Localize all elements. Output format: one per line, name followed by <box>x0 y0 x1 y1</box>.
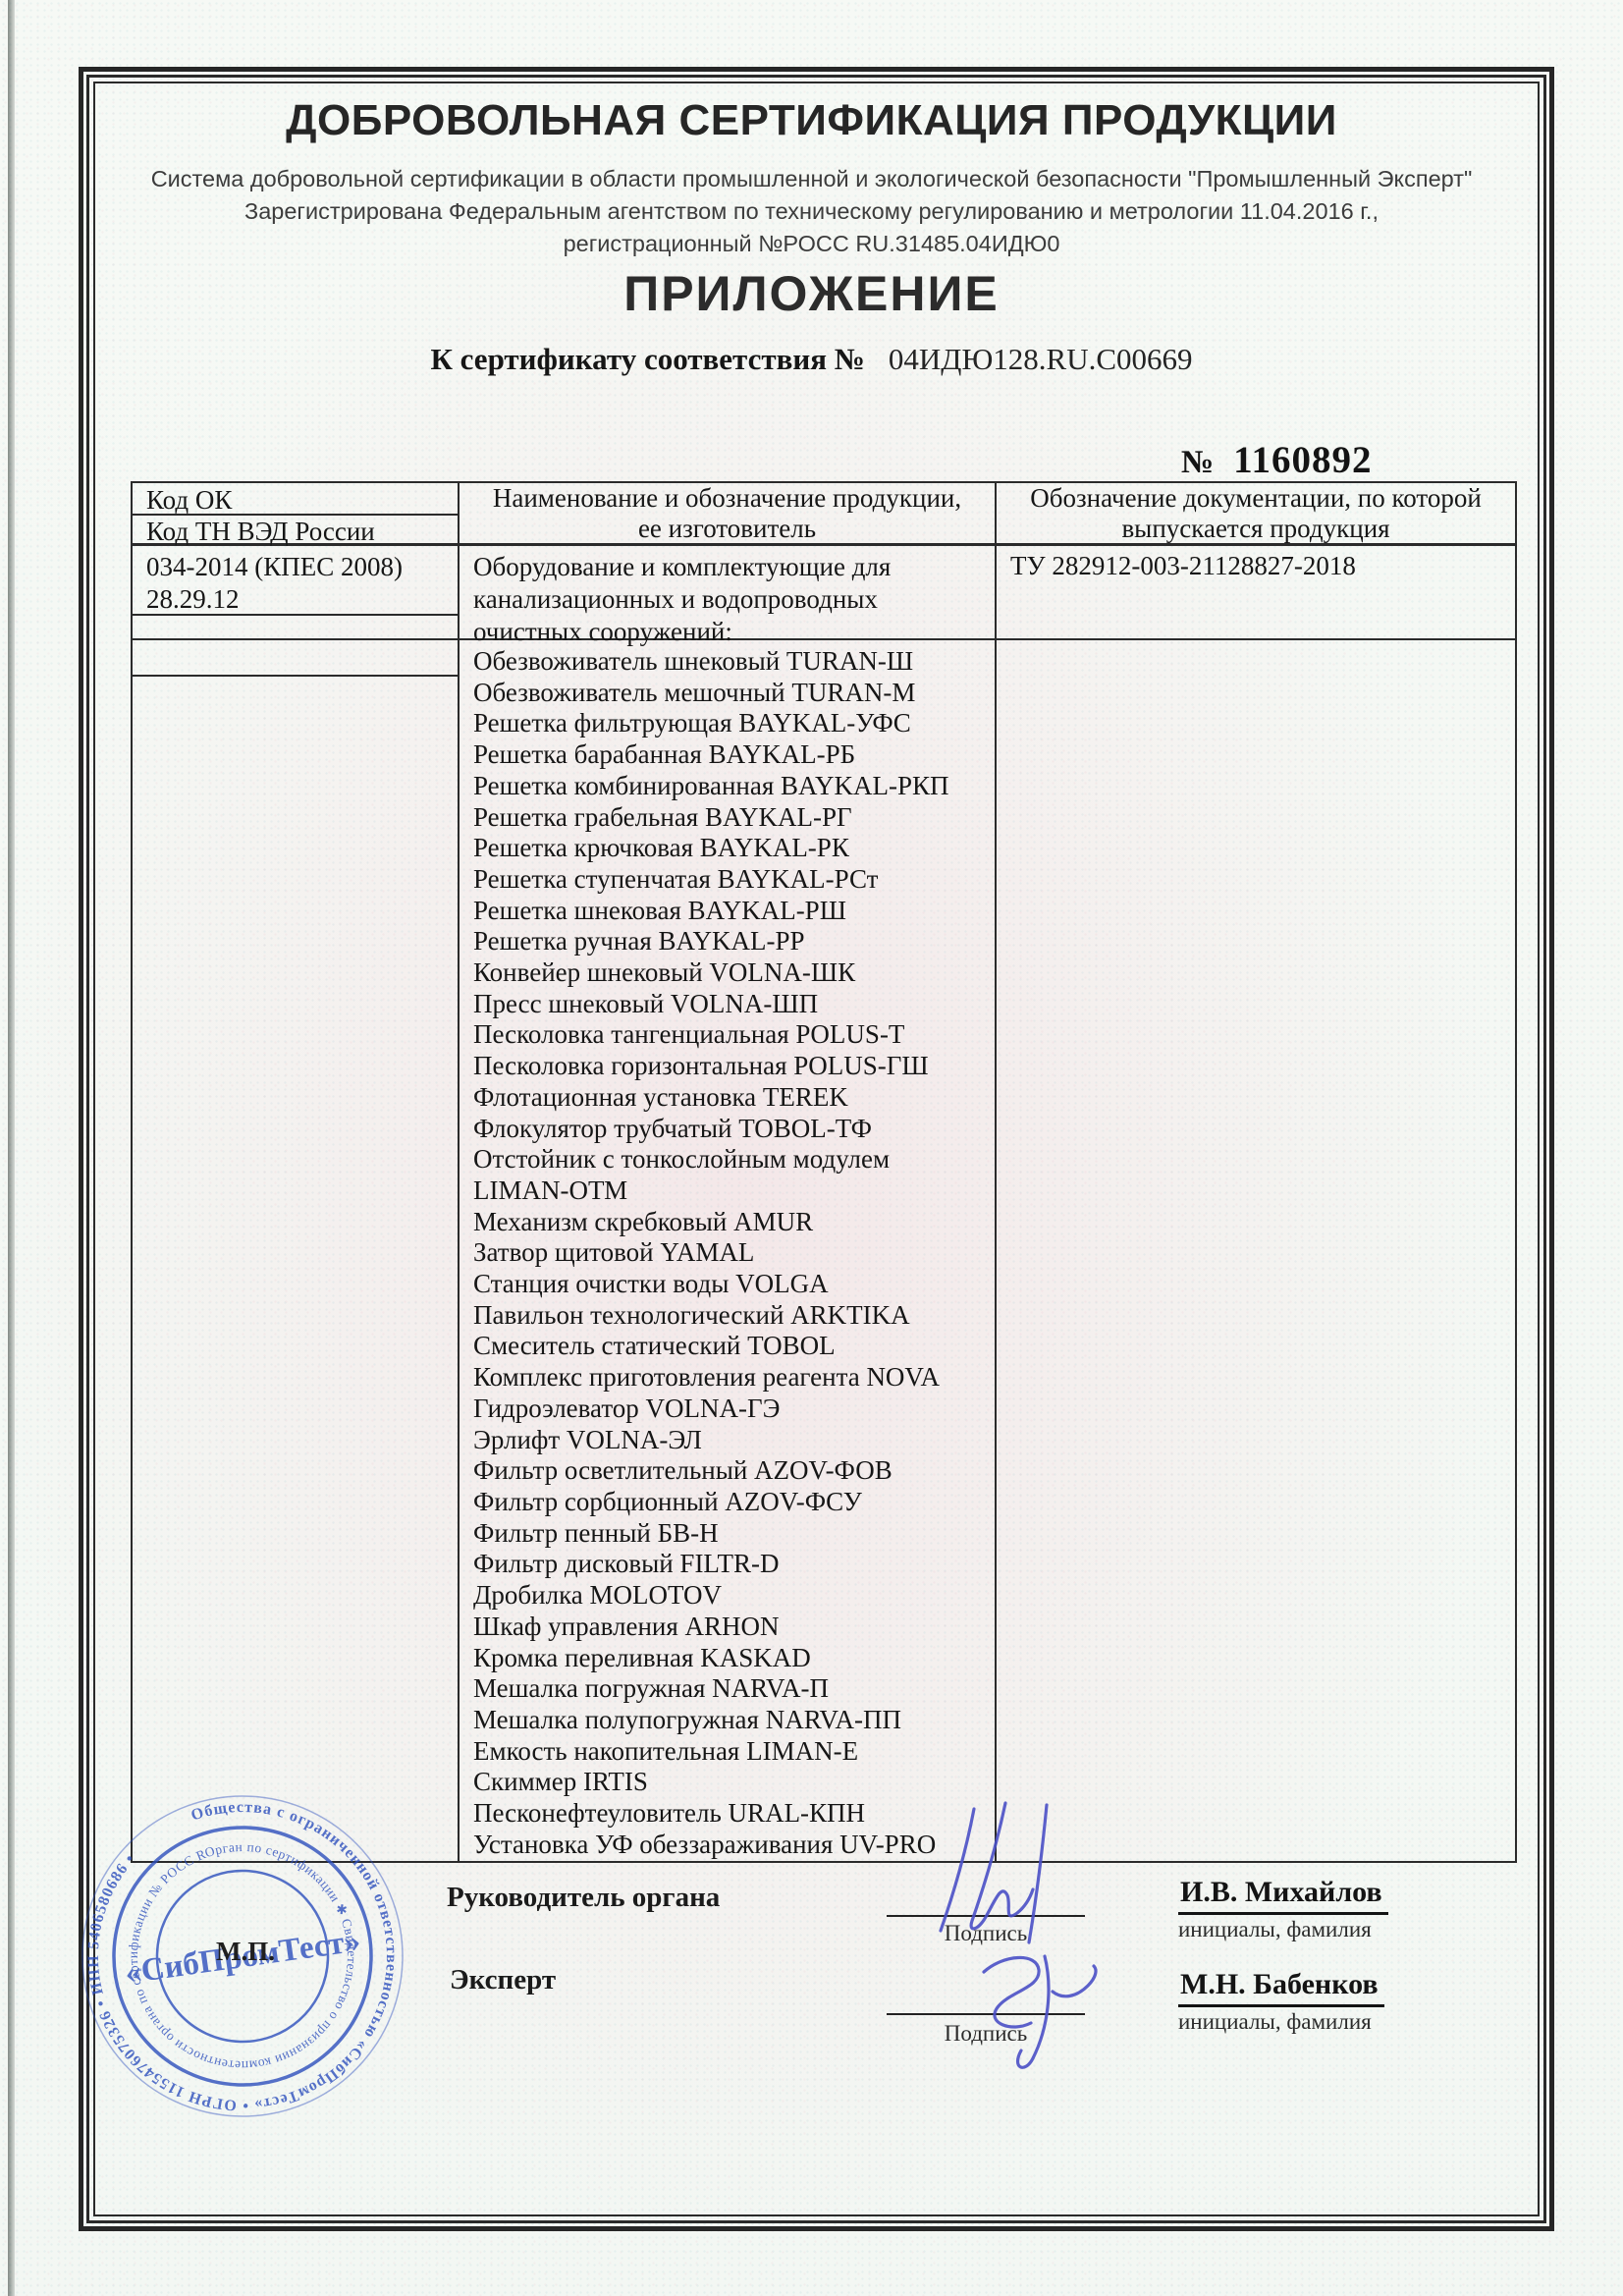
mp-seal-mark: М.П. <box>216 1937 275 1967</box>
header-code-tnved: Код ТН ВЭД России <box>133 516 458 547</box>
blank-number-value: 1160892 <box>1233 439 1372 481</box>
product-line: Смеситель статический TOBOL <box>473 1331 995 1362</box>
handwritten-signatures <box>884 1787 1159 2082</box>
table-header-codes: Код ОК Код ТН ВЭД России <box>133 483 460 546</box>
cell-tu-document: ТУ 282912-003-21128827-2018 <box>997 546 1515 640</box>
product-line: Флотационная установка TEREK <box>473 1082 995 1114</box>
cell-doc-empty <box>997 640 1515 1861</box>
signature-ink-1 <box>941 1803 1047 1942</box>
head-name: И.В. Михайлов <box>1178 1876 1388 1915</box>
header-code-ok: Код ОК <box>133 483 458 516</box>
description-line-2: канализационных и водопроводных <box>473 583 995 616</box>
header-product-line-2: ее изготовитель <box>460 514 995 544</box>
product-line: Решетка фильтрующая BAYKAL-УФС <box>473 708 995 739</box>
products-table: Код ОК Код ТН ВЭД России Наименование и … <box>131 481 1517 1863</box>
cell-codes: 034-2014 (КПЕС 2008) 28.29.12 <box>133 546 460 640</box>
cell-product-list: Обезвоживатель шнековый TURAN-ШОбезвожив… <box>460 640 997 1861</box>
product-line: LIMAN-ОТМ <box>473 1175 995 1207</box>
product-line: Решетка шнековая BAYKAL-РШ <box>473 896 995 927</box>
table-header-documentation: Обозначение документации, по которой вып… <box>997 483 1515 546</box>
role-expert: Эксперт <box>450 1964 556 1996</box>
code-tnved: 28.29.12 <box>146 583 458 616</box>
product-line: Мешалка полупогружная NARVA-ПП <box>473 1705 995 1736</box>
product-line: Обезвоживатель шнековый TURAN-Ш <box>473 646 995 678</box>
product-line: Кромка переливная KASKAD <box>473 1643 995 1674</box>
product-line: Павильон технологический ARKTIKA <box>473 1300 995 1332</box>
table-header-product: Наименование и обозначение продукции, ее… <box>460 483 997 546</box>
subtitle-line-3: регистрационный №РОСС RU.31485.04ИДЮ0 <box>0 228 1623 260</box>
product-line: Отстойник с тонкослойным модулем <box>473 1144 995 1175</box>
product-line: Комплекс приготовления реагента NOVA <box>473 1362 995 1394</box>
product-line: Шкаф управления ARHON <box>473 1612 995 1643</box>
product-line: Фильтр сорбционный AZOV-ФСУ <box>473 1487 995 1518</box>
role-head-of-body: Руководитель органа <box>447 1882 720 1914</box>
product-line: Песколовка тангенциальная POLUS-Т <box>473 1019 995 1051</box>
product-line: Обезвоживатель мешочный TURAN-М <box>473 678 995 709</box>
product-list: Обезвоживатель шнековый TURAN-ШОбезвожив… <box>460 640 995 1860</box>
product-line: Мешалка погружная NARVA-П <box>473 1673 995 1705</box>
product-line: Пресс шнековый VOLNA-ШП <box>473 989 995 1020</box>
document-title: ДОБРОВОЛЬНАЯ СЕРТИФИКАЦИЯ ПРОДУКЦИИ <box>0 96 1623 145</box>
cell-codes-empty <box>133 640 460 1861</box>
appendix-title: ПРИЛОЖЕНИЕ <box>0 265 1623 322</box>
expert-name-caption: инициалы, фамилия <box>1178 2009 1372 2035</box>
blank-number: №1160892 <box>1181 438 1373 482</box>
product-line: Фильтр дисковый FILTR-D <box>473 1549 995 1580</box>
product-line: Конвейер шнековый VOLNA-ШК <box>473 957 995 989</box>
product-line: Фильтр осветлительный AZOV-ФОВ <box>473 1455 995 1487</box>
subtitle-line-1: Система добровольной сертификации в обла… <box>0 163 1623 195</box>
product-line: Решетка ручная BAYKAL-РР <box>473 926 995 957</box>
product-line: Решетка барабанная BAYKAL-РБ <box>473 739 995 771</box>
product-line: Механизм скребковый AMUR <box>473 1207 995 1238</box>
product-line: Гидроэлеватор VOLNA-ГЭ <box>473 1394 995 1425</box>
product-line: Затвор щитовой YAMAL <box>473 1237 995 1269</box>
subtitle-line-2: Зарегистрирована Федеральным агентством … <box>0 195 1623 228</box>
product-line: Песколовка горизонтальная POLUS-ГШ <box>473 1051 995 1082</box>
product-line: Емкость накопительная LIMAN-Е <box>473 1736 995 1768</box>
product-line: Эрлифт VOLNA-ЭЛ <box>473 1425 995 1456</box>
codes-subdivider-2 <box>133 675 458 677</box>
header-doc-line-2: выпускается продукция <box>997 514 1515 544</box>
certificate-number: 04ИДЮ128.RU.C00669 <box>889 342 1193 376</box>
expert-name: М.Н. Бабенков <box>1178 1968 1384 2007</box>
certificate-reference: К сертификату соответствия №04ИДЮ128.RU.… <box>0 342 1623 377</box>
blank-number-sign: № <box>1181 445 1214 480</box>
head-name-caption: инициалы, фамилия <box>1178 1917 1372 1942</box>
cell-product-description: Оборудование и комплектующие для канализ… <box>460 546 997 640</box>
product-line: Флокулятор трубчатый TOBOL-ТФ <box>473 1114 995 1145</box>
system-subtitle: Система добровольной сертификации в обла… <box>0 163 1623 260</box>
product-line: Решетка грабельная BAYKAL-РГ <box>473 802 995 834</box>
header-product-line-1: Наименование и обозначение продукции, <box>460 483 995 514</box>
product-line: Фильтр пенный БВ-Н <box>473 1518 995 1550</box>
product-line: Решетка ступенчатая BAYKAL-РСт <box>473 864 995 896</box>
signature-ink-2 <box>984 1956 1096 2067</box>
code-okpd: 034-2014 (КПЕС 2008) <box>146 551 458 583</box>
codes-subdivider <box>133 614 458 616</box>
header-doc-line-1: Обозначение документации, по которой <box>997 483 1515 514</box>
description-line-1: Оборудование и комплектующие для <box>473 551 995 583</box>
product-line: Станция очистки воды VOLGA <box>473 1269 995 1300</box>
product-line: Решетка комбинированная BAYKAL-РКП <box>473 771 995 802</box>
certificate-page: ДОБРОВОЛЬНАЯ СЕРТИФИКАЦИЯ ПРОДУКЦИИ Сист… <box>0 0 1623 2296</box>
product-line: Дробилка MOLOTOV <box>473 1580 995 1612</box>
certificate-reference-label: К сертификату соответствия № <box>430 342 864 376</box>
product-line: Решетка крючковая BAYKAL-РК <box>473 833 995 864</box>
